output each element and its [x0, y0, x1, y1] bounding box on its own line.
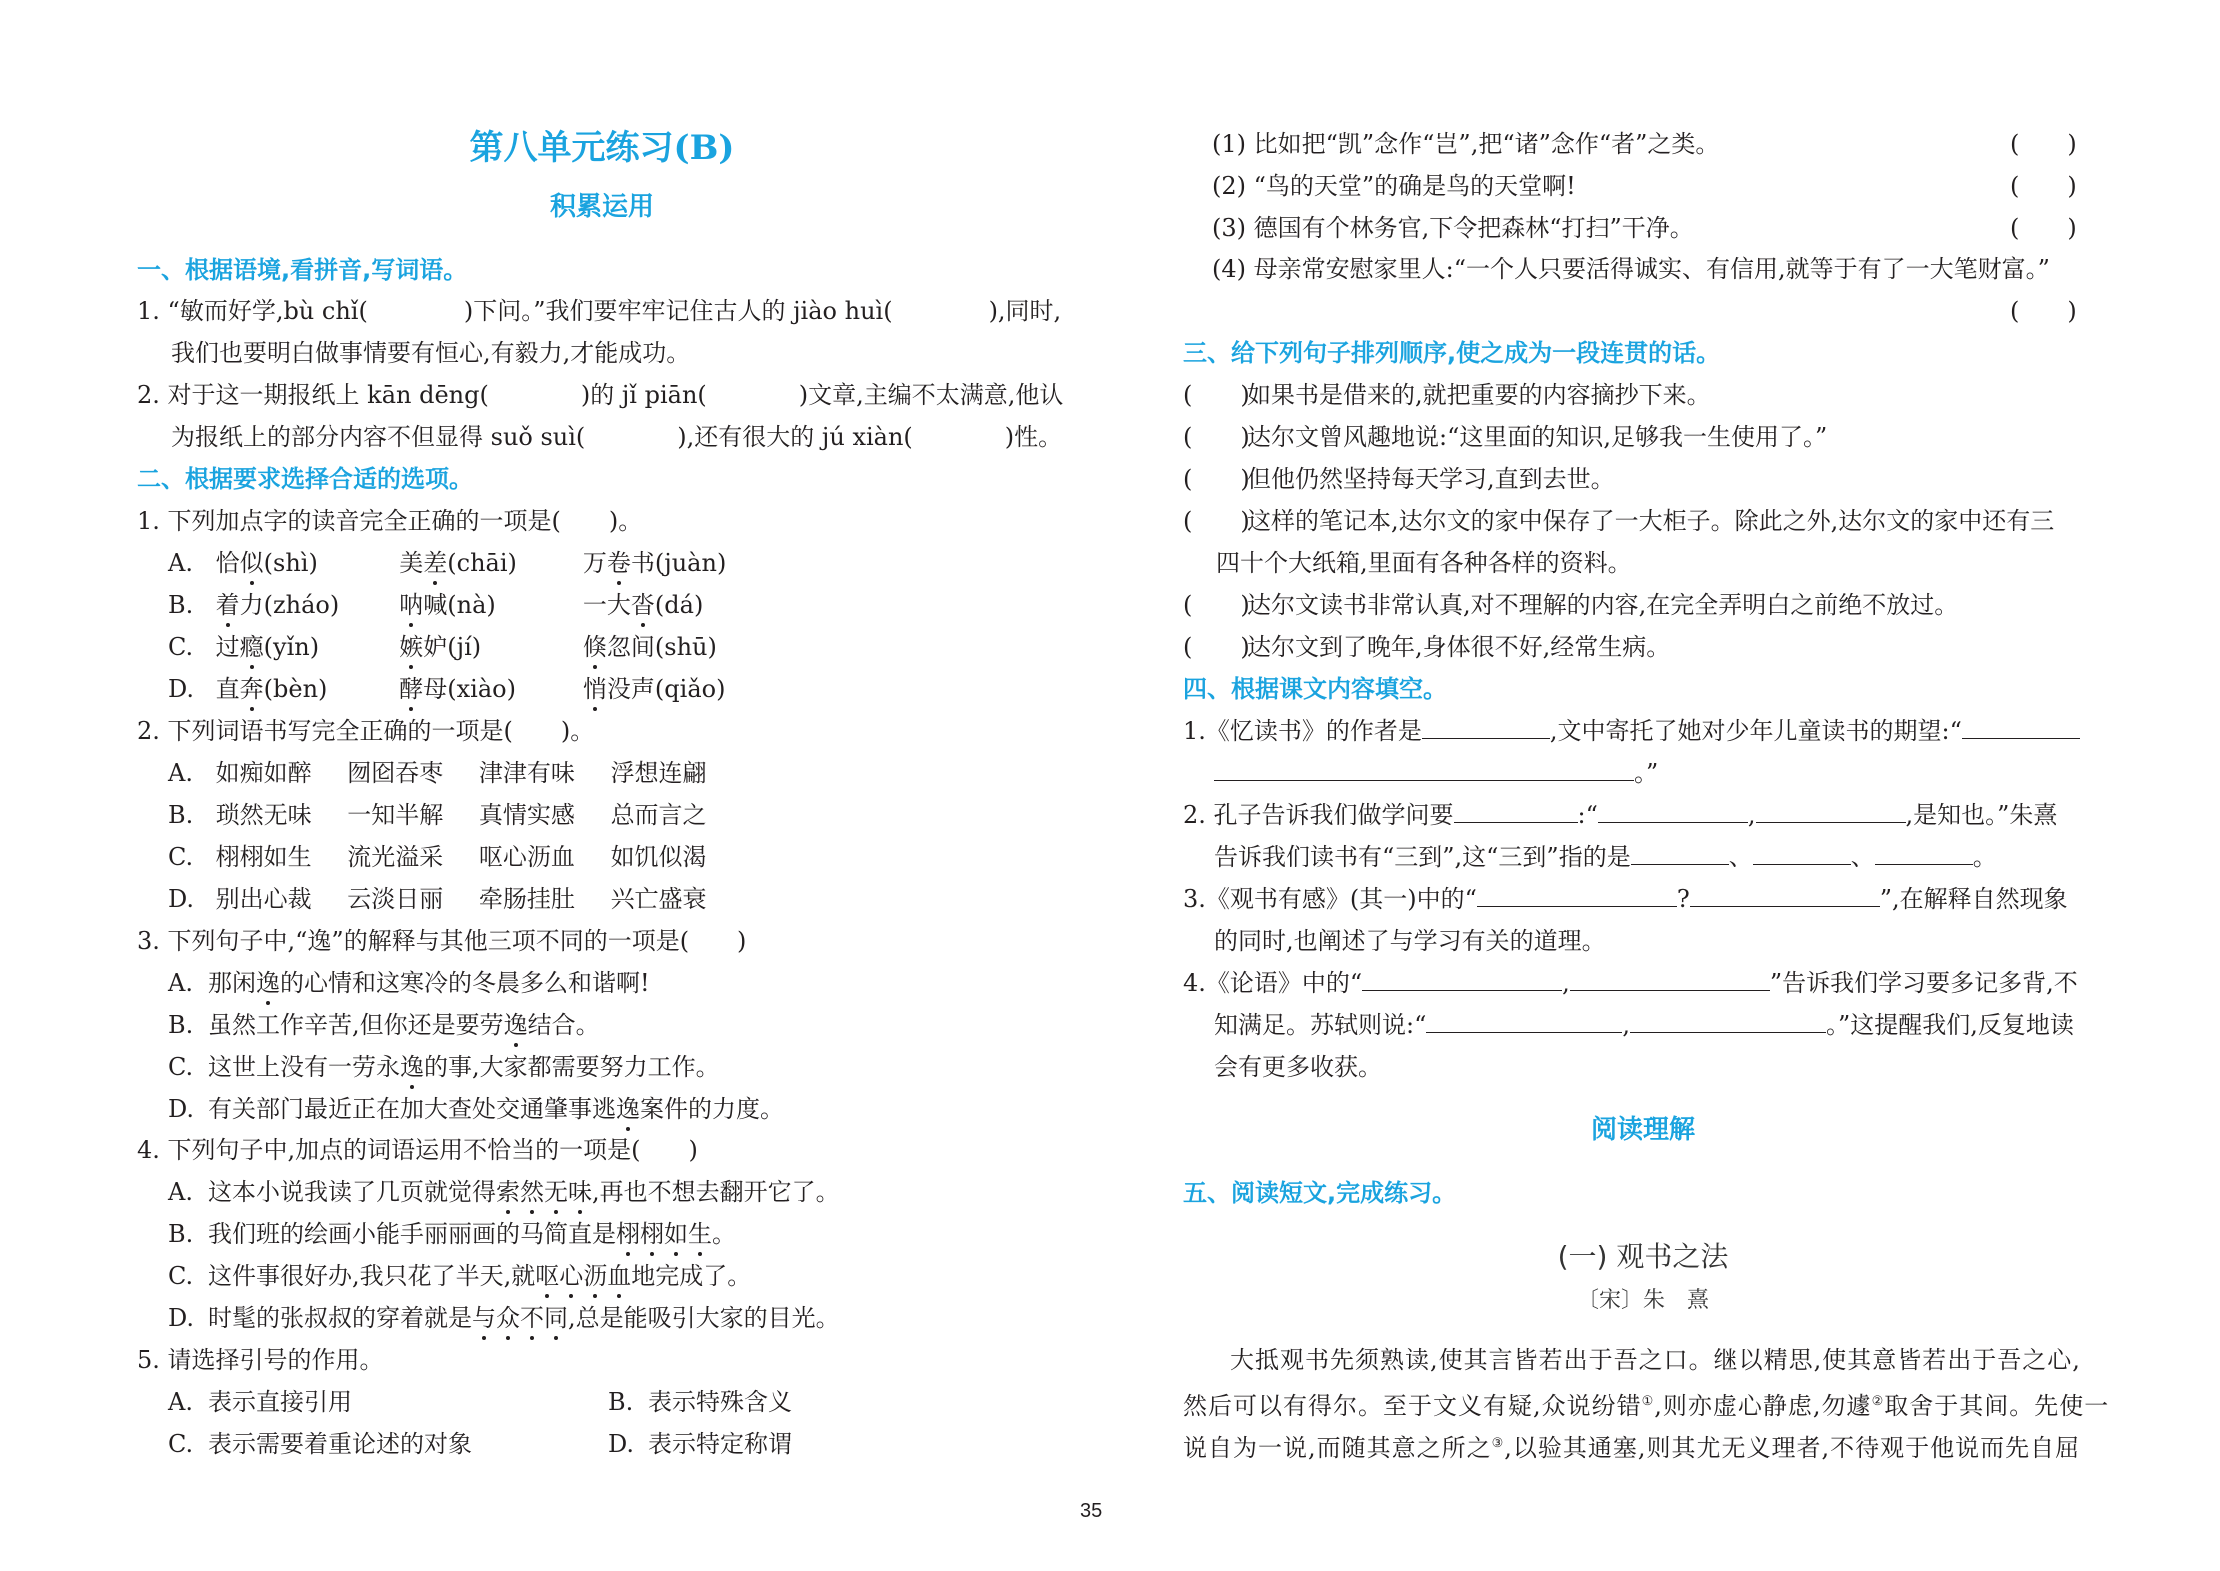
s3-item-3: ( )但他仍然坚持每天学习,直到去世。	[1183, 464, 1615, 494]
s2-q3-stem: 3. 下列句子中,“逸”的解释与其他三项不同的一项是( )	[137, 926, 746, 956]
passage-line-1: 大抵观书先须熟读,使其言皆若出于吾之口。继以精思,使其意皆若出于吾之心,	[1230, 1345, 2081, 1375]
passage-title: (一) 观书之法	[1183, 1240, 2103, 1274]
s2-q4-option-d[interactable]: D.时髦的张叔叔的穿着就是与众不同,总是能吸引大家的目光。	[168, 1303, 840, 1333]
s2-q3-option-c[interactable]: C.这世上没有一劳永逸的事,大家都需要努力工作。	[168, 1052, 720, 1082]
s2-q1-option-c[interactable]: C. 过瘾(yǐn) 嫉妒(jí) 倏忽间(shū)	[168, 632, 717, 662]
option-word: 流光溢采	[347, 842, 471, 872]
s4-q4-line2: 知满足。苏轼则说:“,。”这提醒我们,反复地读	[1214, 1010, 2074, 1040]
option-label: B.	[168, 590, 208, 620]
option-label: A.	[168, 968, 208, 998]
s2-q5-sentence-3: (3) 德国有个林务官,下令把森林“打扫”干净。	[1212, 213, 1694, 243]
s2-q2-stem: 2. 下列词语书写完全正确的一项是( )。	[137, 716, 594, 746]
option-label: D.	[168, 1094, 208, 1124]
s2-q5-sentence-1: (1) 比如把“凯”念作“岂”,把“诸”念作“者”之类。	[1212, 129, 1719, 159]
order-paren[interactable]: ( )	[1183, 464, 1247, 494]
option-word: 别出心裁	[216, 884, 340, 914]
s2-q3-option-b[interactable]: B.虽然工作辛苦,但你还是要劳逸结合。	[168, 1010, 600, 1040]
s1-q2-line2: 为报纸上的部分内容不但显得 suǒ suì(),还有很大的 jú xiàn()性…	[171, 422, 1062, 452]
s2-q5-option-c[interactable]: C.表示需要着重论述的对象	[168, 1429, 472, 1459]
option-label: A.	[168, 1177, 208, 1207]
option-label: A.	[168, 1387, 208, 1417]
option-word: 呕心沥血	[479, 842, 603, 872]
fill-blank[interactable]	[1570, 968, 1770, 991]
answer-paren[interactable]: ( )	[2010, 171, 2077, 201]
question-text: )性。	[1005, 423, 1062, 451]
option-label: A.	[168, 758, 208, 788]
section5-heading: 五、阅读短文,完成练习。	[1183, 1178, 1456, 1208]
s3-item-4-cont: 四十个大纸箱,里面有各种各样的资料。	[1216, 548, 1632, 578]
answer-paren[interactable]: ( )	[2010, 213, 2077, 243]
option-label: C.	[168, 1429, 208, 1459]
question-text: ),同时,	[989, 297, 1062, 325]
footnote-marker[interactable]: ③	[1492, 1436, 1505, 1451]
question-text: 为报纸上的部分内容不但显得 suǒ suì(	[171, 423, 585, 451]
footnote-marker[interactable]: ②	[1872, 1394, 1885, 1409]
s4-q2-line2: 告诉我们读书有“三到”,这“三到”指的是、、。	[1214, 842, 1997, 872]
s2-q3-option-a[interactable]: A.那闲逸的心情和这寒冷的冬晨多么和谐啊!	[168, 968, 650, 998]
fill-blank[interactable]	[1630, 1010, 1826, 1033]
option-item: 嫉妒(jí)	[399, 632, 575, 662]
fill-blank[interactable]	[1753, 842, 1851, 865]
dotted-char: 逸	[504, 1011, 528, 1039]
s4-q2-line1: 2. 孔子告诉我们做学问要:“,,是知也。”朱熹	[1183, 800, 2057, 830]
order-paren[interactable]: ( )	[1183, 506, 1247, 536]
s2-q3-option-d[interactable]: D.有关部门最近正在加大查处交通肇事逃逸案件的力度。	[168, 1094, 784, 1124]
answer-paren[interactable]: ( )	[2010, 129, 2077, 159]
option-label: A.	[168, 548, 208, 578]
question-number: 1.	[137, 297, 160, 325]
s2-q1-option-d[interactable]: D. 直奔(bèn) 酵母(xiào) 悄没声(qiǎo)	[168, 674, 725, 704]
section2-heading: 二、根据要求选择合适的选项。	[137, 464, 473, 494]
question-number: 2.	[137, 381, 160, 409]
fill-blank[interactable]	[1426, 1010, 1622, 1033]
s1-q2-line1: 2. 对于这一期报纸上 kān dēng()的 jǐ piān()文章,主编不太…	[137, 380, 1063, 410]
fill-blank[interactable]	[1422, 716, 1550, 739]
s4-q4-line1: 4.《论语》中的“,”告诉我们学习要多记多背,不	[1183, 968, 2078, 998]
question-text: “敏而好学,bù chǐ(	[168, 297, 368, 325]
dotted-char: 逸	[256, 969, 280, 997]
s3-item-4: ( )这样的笔记本,达尔文的家中保存了一大柜子。除此之外,达尔文的家中还有三	[1183, 506, 2054, 536]
option-item: 直奔(bèn)	[216, 674, 392, 704]
fill-blank[interactable]	[1477, 884, 1677, 907]
s3-item-5: ( )达尔文读书非常认真,对不理解的内容,在完全弄明白之前绝不放过。	[1183, 590, 1958, 620]
passage-line-2: 然后可以有得尔。至于文义有疑,众说纷错①,则亦虚心静虑,勿遽②取舍于其间。先使一	[1183, 1387, 2109, 1417]
s2-q5-option-b[interactable]: B.表示特殊含义	[608, 1387, 792, 1417]
page-title: 第八单元练习(B)	[137, 126, 1067, 170]
option-item: 美差(chāi)	[399, 548, 575, 578]
section3-heading: 三、给下列句子排列顺序,使之成为一段连贯的话。	[1183, 338, 1720, 368]
question-text: )文章,主编不太满意,他认	[799, 381, 1064, 409]
option-item: 万卷书(juàn)	[583, 548, 726, 578]
fill-blank[interactable]	[1756, 800, 1906, 823]
s2-q5-option-a[interactable]: A.表示直接引用	[168, 1387, 352, 1417]
s2-q5-stem: 5. 请选择引号的作用。	[137, 1345, 384, 1375]
option-item: 悄没声(qiǎo)	[583, 674, 726, 704]
fill-blank[interactable]	[1598, 800, 1748, 823]
dotted-char: 逸	[400, 1053, 424, 1081]
option-word: 如饥似渴	[611, 842, 707, 872]
s4-q4-line3: 会有更多收获。	[1214, 1052, 1382, 1082]
s2-q2-option-d[interactable]: D. 别出心裁 云淡日丽 牵肠挂肚 兴亡盛衰	[168, 884, 707, 914]
option-item: 酵母(xiào)	[399, 674, 575, 704]
s2-q4-option-c[interactable]: C.这件事很好办,我只花了半天,就呕心沥血地完成了。	[168, 1261, 751, 1291]
question-text: )的 jǐ piān(	[581, 381, 707, 409]
fill-blank[interactable]	[1454, 800, 1578, 823]
s2-q2-option-a[interactable]: A. 如痴如醉 囫囵吞枣 津津有味 浮想连翩	[168, 758, 707, 788]
option-label: C.	[168, 632, 208, 662]
s2-q2-option-b[interactable]: B. 琐然无味 一知半解 真情实感 总而言之	[168, 800, 707, 830]
option-label: B.	[168, 1010, 208, 1040]
fill-blank[interactable]	[1214, 758, 1634, 781]
s4-q1-line2: 。”	[1214, 758, 1658, 788]
option-label: B.	[168, 800, 208, 830]
passage-author: 〔宋〕朱 熹	[1183, 1286, 2103, 1316]
order-paren[interactable]: ( )	[1183, 380, 1247, 410]
s4-q1-line1: 1.《忆读书》的作者是,文中寄托了她对少年儿童读书的期望:“	[1183, 716, 2080, 746]
s2-q1-option-b[interactable]: B. 着力(zháo) 呐喊(nà) 一大沓(dá)	[168, 590, 703, 620]
s4-q3-line2: 的同时,也阐述了与学习有关的道理。	[1214, 926, 1606, 956]
dotted-char: 逸	[616, 1095, 640, 1123]
answer-paren[interactable]: ( )	[2010, 296, 2077, 326]
s2-q1-stem: 1. 下列加点字的读音完全正确的一项是( )。	[137, 506, 642, 536]
option-word: 浮想连翩	[611, 758, 707, 788]
s3-item-6: ( )达尔文到了晚年,身体很不好,经常生病。	[1183, 632, 1670, 662]
option-word: 总而言之	[611, 800, 707, 830]
option-item: 过瘾(yǐn)	[216, 632, 392, 662]
option-label: B.	[168, 1219, 208, 1249]
option-label: B.	[608, 1387, 648, 1417]
option-word: 如痴如醉	[216, 758, 340, 788]
option-item: 呐喊(nà)	[399, 590, 575, 620]
question-text: 对于这一期报纸上 kān dēng(	[168, 381, 489, 409]
option-label: D.	[608, 1429, 648, 1459]
option-item: 着力(zháo)	[216, 590, 392, 620]
fill-blank[interactable]	[1690, 884, 1880, 907]
option-label: D.	[168, 674, 208, 704]
option-item: 倏忽间(shū)	[583, 632, 717, 662]
option-word: 真情实感	[479, 800, 603, 830]
passage-line-3: 说自为一说,而随其意之所之③,以验其通塞,则其尤无义理者,不待观于他说而先自屈	[1183, 1429, 2080, 1459]
option-word: 琐然无味	[216, 800, 340, 830]
option-word: 兴亡盛衰	[611, 884, 707, 914]
question-text: )下问。”我们要牢牢记住古人的 jiào huì(	[464, 297, 893, 325]
fill-blank[interactable]	[1631, 842, 1729, 865]
s2-q2-option-c[interactable]: C. 栩栩如生 流光溢采 呕心沥血 如饥似渴	[168, 842, 707, 872]
order-paren[interactable]: ( )	[1183, 422, 1247, 452]
s2-q4-stem: 4. 下列句子中,加点的词语运用不恰当的一项是( )	[137, 1135, 698, 1165]
question-text: ),还有很大的 jú xiàn(	[677, 423, 913, 451]
s1-q1-line2: 我们也要明白做事情要有恒心,有毅力,才能成功。	[171, 338, 690, 368]
fill-blank[interactable]	[1962, 716, 2080, 739]
order-paren[interactable]: ( )	[1183, 590, 1247, 620]
option-item: 一大沓(dá)	[583, 590, 703, 620]
option-label: C.	[168, 1052, 208, 1082]
option-label: C.	[168, 1261, 208, 1291]
option-word: 津津有味	[479, 758, 603, 788]
section4-heading: 四、根据课文内容填空。	[1183, 674, 1447, 704]
page-number: 35	[1080, 1500, 1102, 1523]
s4-q3-line1: 3.《观书有感》(其一)中的“?”,在解释自然现象	[1183, 884, 2068, 914]
fill-blank[interactable]	[1875, 842, 1973, 865]
s2-q4-option-a[interactable]: A.这本小说我读了几页就觉得索然无味,再也不想去翻开它了。	[168, 1177, 840, 1207]
section-title-reading: 阅读理解	[1183, 1112, 2103, 1148]
option-item: 恰似(shì)	[216, 548, 392, 578]
option-word: 云淡日丽	[347, 884, 471, 914]
section-title-accumulate: 积累运用	[137, 189, 1067, 225]
s2-q4-option-b[interactable]: B.我们班的绘画小能手丽丽画的马简直是栩栩如生。	[168, 1219, 736, 1249]
s1-q1-line1: 1. “敏而好学,bù chǐ()下问。”我们要牢牢记住古人的 jiào huì…	[137, 296, 1061, 326]
option-label: D.	[168, 1303, 208, 1333]
s3-item-1: ( )如果书是借来的,就把重要的内容摘抄下来。	[1183, 380, 1711, 410]
option-word: 栩栩如生	[216, 842, 340, 872]
section1-heading: 一、根据语境,看拼音,写词语。	[137, 255, 467, 285]
option-word: 一知半解	[347, 800, 471, 830]
option-label: C.	[168, 842, 208, 872]
s2-q5-option-d[interactable]: D.表示特定称谓	[608, 1429, 792, 1459]
footnote-marker[interactable]: ①	[1642, 1394, 1655, 1409]
s2-q5-sentence-4: (4) 母亲常安慰家里人:“一个人只要活得诚实、有信用,就等于有了一大笔财富。”	[1212, 254, 2050, 284]
order-paren[interactable]: ( )	[1183, 632, 1247, 662]
option-word: 囫囵吞枣	[347, 758, 471, 788]
fill-blank[interactable]	[1362, 968, 1562, 991]
option-label: D.	[168, 884, 208, 914]
s2-q5-sentence-2: (2) “鸟的天堂”的确是鸟的天堂啊!	[1212, 171, 1576, 201]
s2-q1-option-a[interactable]: A. 恰似(shì) 美差(chāi) 万卷书(juàn)	[168, 548, 726, 578]
s3-item-2: ( )达尔文曾风趣地说:“这里面的知识,足够我一生使用了。”	[1183, 422, 1827, 452]
option-word: 牵肠挂肚	[479, 884, 603, 914]
